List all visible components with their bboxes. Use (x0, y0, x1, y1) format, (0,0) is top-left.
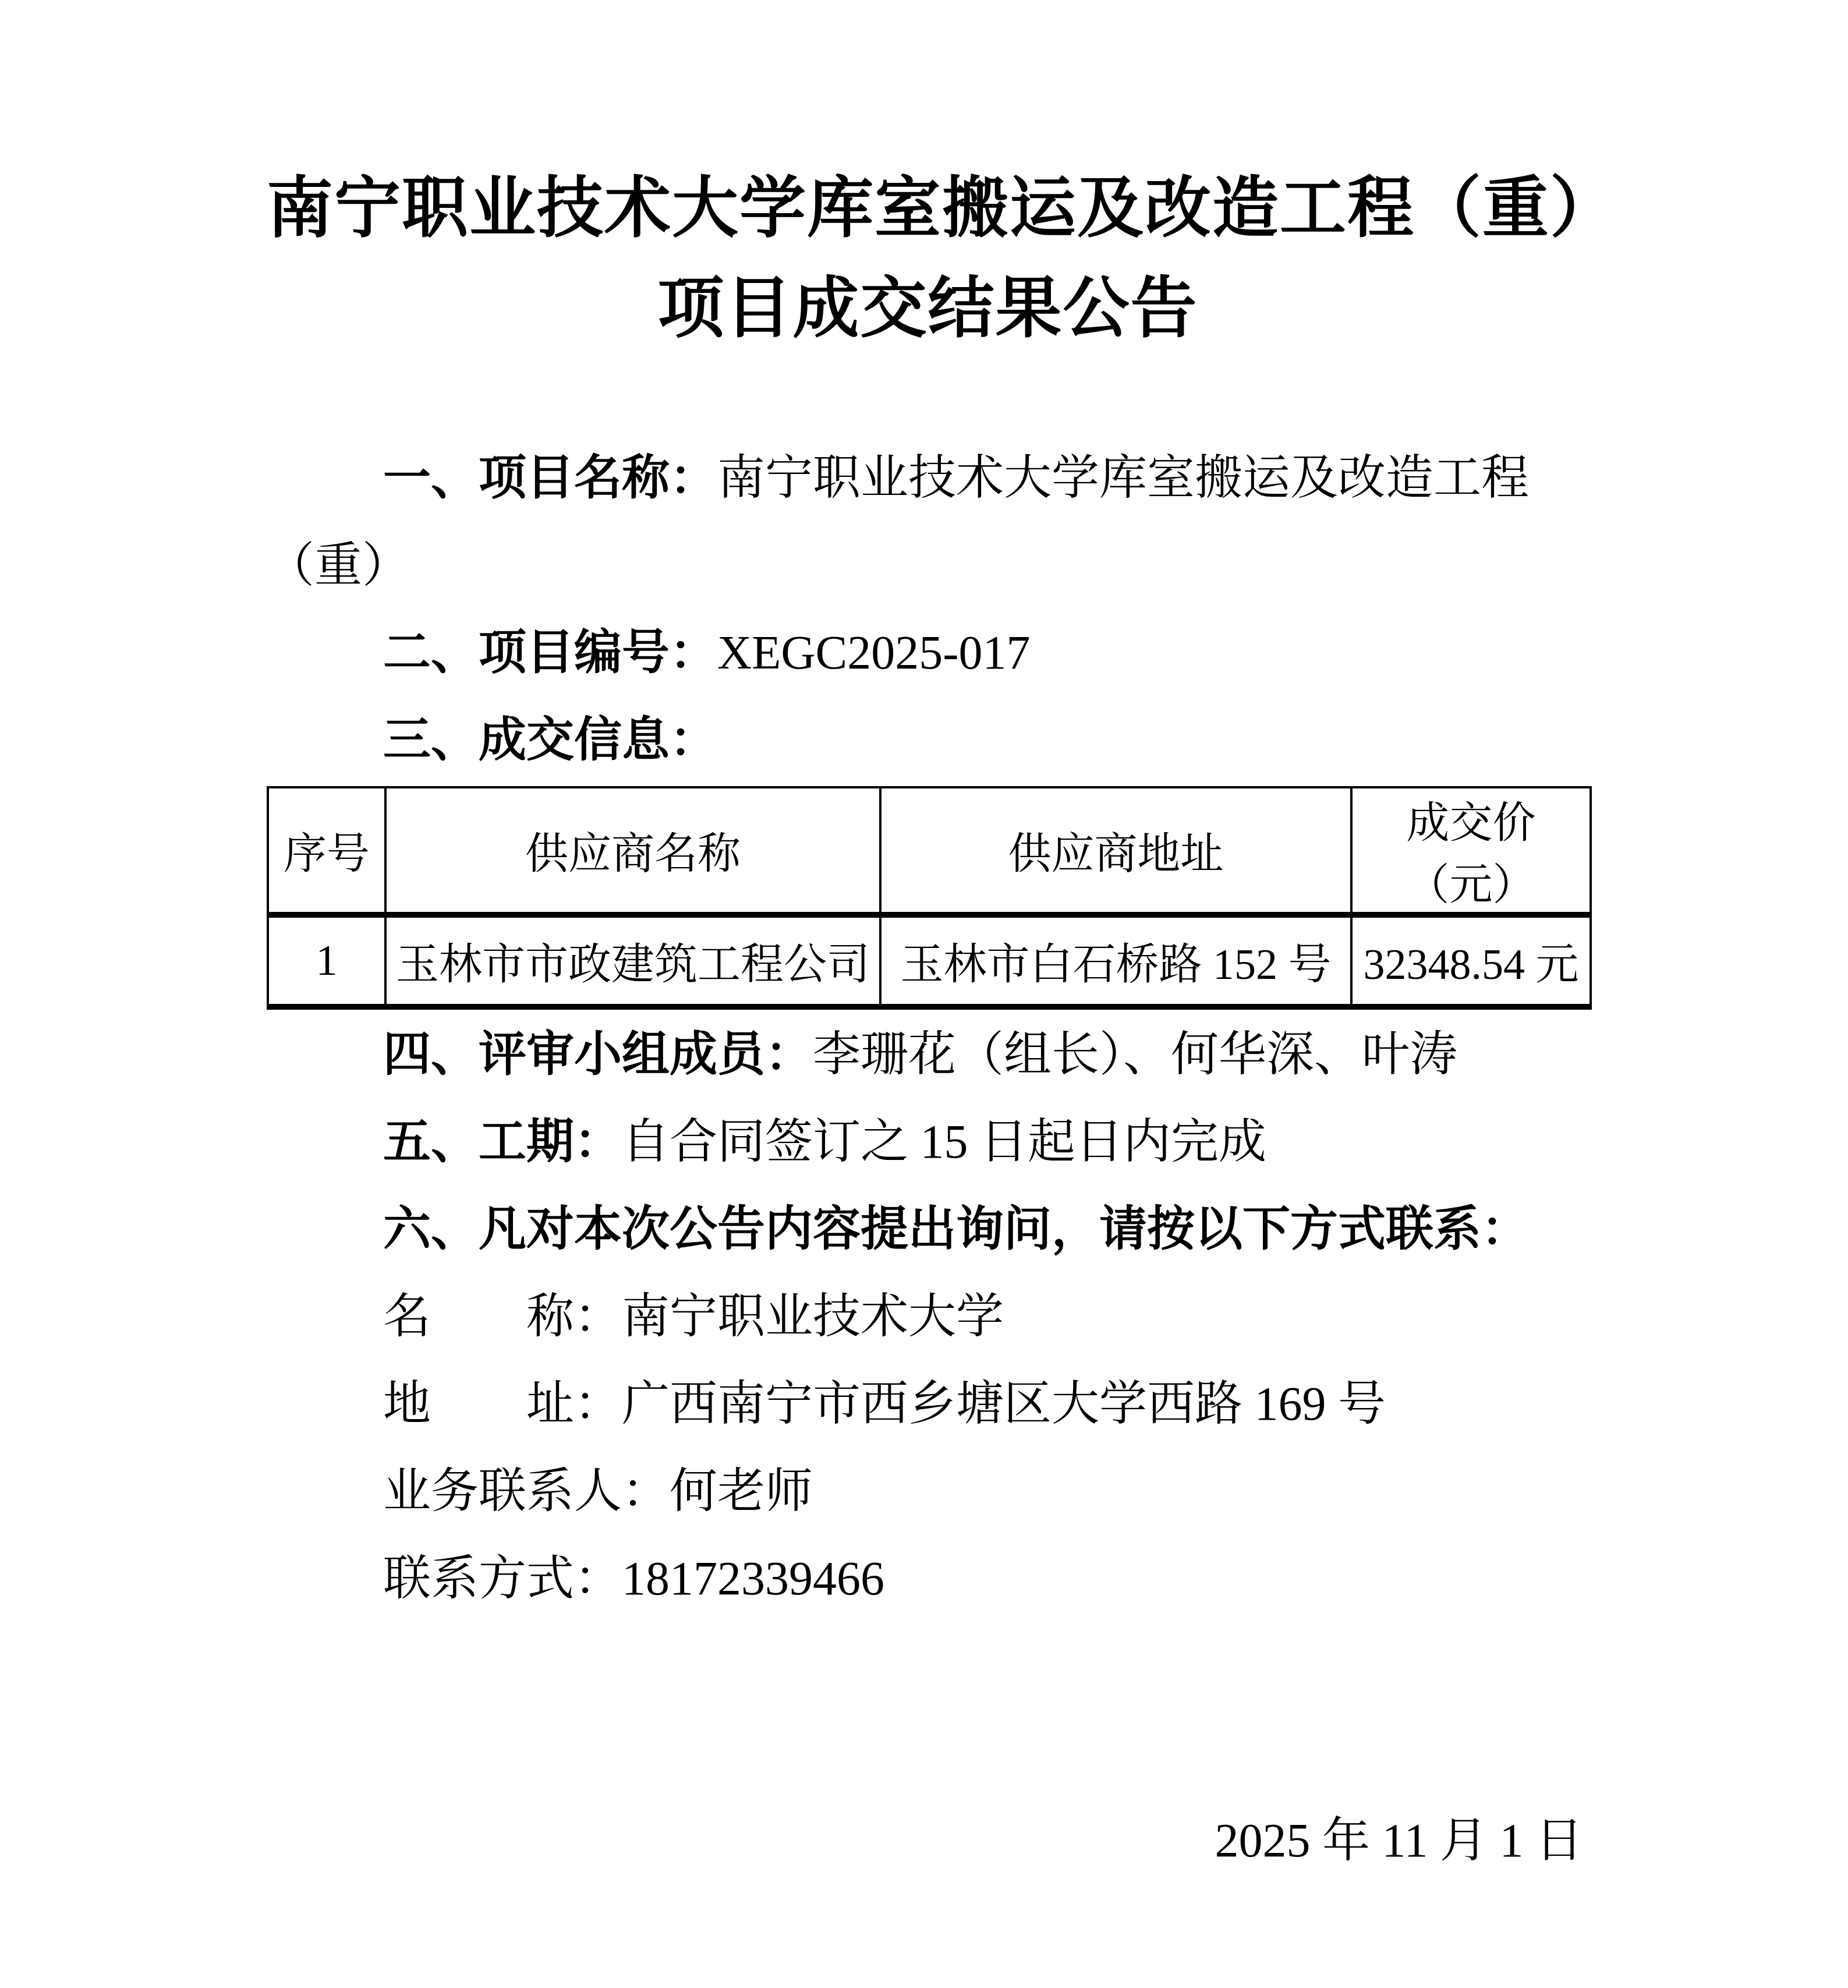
deal-table-cell-supplier-name: 玉林市市政建筑工程公司 (385, 915, 880, 1007)
deal-table-header-supplier-name: 供应商名称 (385, 787, 880, 915)
contact-name-value: 南宁职业技术大学 (622, 1290, 1004, 1343)
contact-name-label: 名 称： (383, 1290, 622, 1343)
section-review-panel-label: 四、评审小组成员： (383, 1028, 813, 1081)
section-project-name-continuation: （重） (267, 522, 1589, 609)
document-title-line2: 项目成交结果公告 (267, 259, 1589, 359)
contact-phone-value: 18172339466 (622, 1552, 884, 1605)
contact-address-line: 地 址：广西南宁市西乡塘区大学西路 169 号 (267, 1360, 1589, 1448)
section-deal-info-label: 三、成交信息： (383, 713, 717, 766)
document-page: 南宁职业技术大学库室搬运及改造工程（重） 项目成交结果公告 一、项目名称：南宁职… (0, 0, 1848, 1988)
section-inquiry-label: 六、凡对本次公告内容提出询问，请按以下方式联系： (383, 1202, 1529, 1255)
section-project-name-label: 一、项目名称： (383, 451, 717, 504)
section-deal-info: 三、成交信息： (267, 696, 1589, 784)
document-date: 2025 年 11 月 1 日 (267, 1797, 1583, 1884)
document-title-line1: 南宁职业技术大学库室搬运及改造工程（重） (267, 158, 1589, 259)
deal-table-cell-index: 1 (268, 915, 385, 1007)
contact-name-line: 名 称：南宁职业技术大学 (267, 1273, 1589, 1360)
deal-table-header-supplier-address: 供应商地址 (880, 787, 1351, 915)
contact-phone-label: 联系方式： (383, 1552, 622, 1605)
deal-table-cell-price: 32348.54 元 (1351, 915, 1591, 1007)
contact-person-line: 业务联系人：何老师 (267, 1448, 1589, 1535)
contact-address-value: 广西南宁市西乡塘区大学西路 169 号 (622, 1377, 1386, 1430)
section-inquiry: 六、凡对本次公告内容提出询问，请按以下方式联系： (267, 1186, 1589, 1273)
deal-table-header-price: 成交价（元） (1351, 787, 1591, 915)
contact-phone-line: 联系方式：18172339466 (267, 1535, 1589, 1622)
section-duration-label: 五、工期： (383, 1115, 622, 1168)
section-project-name-value-cont: （重） (267, 539, 410, 592)
deal-table-header-index: 序号 (268, 787, 385, 915)
section-duration-value: 自合同签订之 15 日起日内完成 (622, 1115, 1266, 1168)
deal-table-cell-supplier-address: 玉林市白石桥路 152 号 (880, 915, 1351, 1007)
section-project-name: 一、项目名称：南宁职业技术大学库室搬运及改造工程 (267, 434, 1589, 522)
section-review-panel-value: 李珊花（组长）、何华深、叶涛 (813, 1028, 1457, 1081)
contact-person-value: 何老师 (670, 1465, 813, 1517)
section-project-name-value: 南宁职业技术大学库室搬运及改造工程 (717, 451, 1529, 504)
deal-table: 序号 供应商名称 供应商地址 成交价（元） 1 玉林市市政建筑工程公司 玉林市白… (267, 786, 1592, 1010)
document-title: 南宁职业技术大学库室搬运及改造工程（重） 项目成交结果公告 (267, 158, 1589, 359)
section-review-panel: 四、评审小组成员：李珊花（组长）、何华深、叶涛 (267, 1011, 1589, 1098)
deal-table-header-row: 序号 供应商名称 供应商地址 成交价（元） (268, 787, 1591, 915)
section-project-number: 二、项目编号：XEGC2025-017 (267, 609, 1589, 696)
deal-table-row: 1 玉林市市政建筑工程公司 玉林市白石桥路 152 号 32348.54 元 (268, 915, 1591, 1007)
section-project-number-value: XEGC2025-017 (717, 626, 1031, 679)
section-duration: 五、工期：自合同签订之 15 日起日内完成 (267, 1098, 1589, 1186)
contact-person-label: 业务联系人： (383, 1465, 670, 1517)
contact-address-label: 地 址： (383, 1377, 622, 1430)
section-project-number-label: 二、项目编号： (383, 626, 717, 679)
